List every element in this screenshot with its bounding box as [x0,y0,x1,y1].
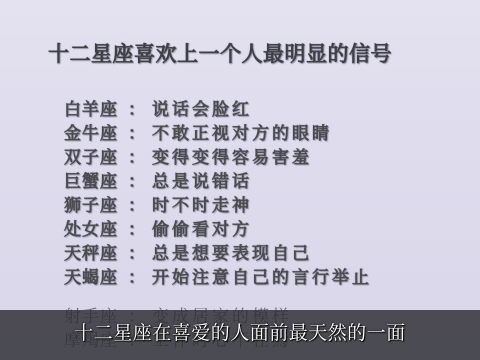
list-item: 处女座：偷偷看对方 [64,218,372,242]
signal-description: 偷偷看对方 [152,220,252,240]
separator: ： [128,170,152,194]
separator: ： [128,146,152,170]
slide-title: 十二星座喜欢上一个人最明显的信号 [48,38,392,68]
signal-description: 开始注意自己的言行举止 [152,268,372,288]
sign-name: 巨蟹座 [64,170,128,194]
zodiac-signal-list: 白羊座：说话会脸红 金牛座：不敢正视对方的眼睛 双子座：变得变得容易害羞 巨蟹座… [64,98,372,290]
separator: ： [128,194,152,218]
separator: ： [128,242,152,266]
list-item: 天秤座：总是想要表现自己 [64,242,372,266]
list-item: 狮子座：时不时走神 [64,194,372,218]
sign-name: 金牛座 [64,122,128,146]
list-item: 天蝎座：开始注意自己的言行举止 [64,266,372,290]
list-item: 巨蟹座：总是说错话 [64,170,372,194]
signal-description: 说话会脸红 [152,100,252,120]
sign-name: 处女座 [64,218,128,242]
separator: ： [128,122,152,146]
sign-name: 狮子座 [64,194,128,218]
signal-description: 时不时走神 [152,196,252,216]
sign-name: 天秤座 [64,242,128,266]
sign-name: 白羊座 [64,98,128,122]
separator: ： [128,218,152,242]
signal-description: 总是说错话 [152,172,252,192]
list-item: 白羊座：说话会脸红 [64,98,372,122]
list-item: 金牛座：不敢正视对方的眼睛 [64,122,372,146]
sign-name: 天蝎座 [64,266,128,290]
sign-name: 双子座 [64,146,128,170]
signal-description: 不敢正视对方的眼睛 [152,124,332,144]
subtitle-caption: 十二星座在喜爱的人面前最天然的一面 [0,318,480,345]
list-item: 双子座：变得变得容易害羞 [64,146,372,170]
signal-description: 变得变得容易害羞 [152,148,312,168]
separator: ： [128,98,152,122]
signal-description: 总是想要表现自己 [152,244,312,264]
separator: ： [128,266,152,290]
